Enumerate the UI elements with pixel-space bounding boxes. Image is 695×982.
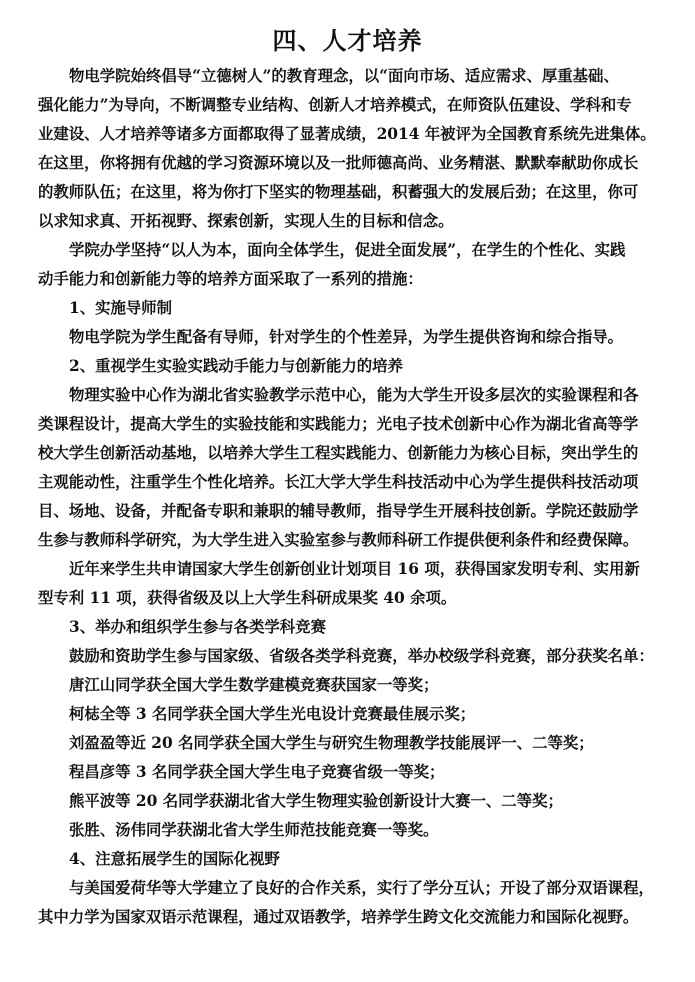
text-line: 以求知求真、开拓视野、探索创新，实现人生的目标和信念。 bbox=[38, 207, 658, 236]
text-line: 其中力学为国家双语示范课程，通过双语教学，培养学生跨文化交流能力和国际化视野。 bbox=[38, 903, 658, 932]
subsection-heading-practice-innovation: 2、重视学生实验实践动手能力与创新能力的培养 bbox=[38, 352, 658, 381]
document-body: 物电学院始终倡导“立德树人”的教育理念，以“面向市场、适应需求、厚重基础、 强化… bbox=[38, 62, 658, 932]
text-line: 与美国爱荷华等大学建立了良好的合作关系，实行了学分互认；开设了部分双语课程， bbox=[38, 874, 658, 903]
text-line: 物理实验中心作为湖北省实验教学示范中心，能为大学生开设多层次的实验课程和各 bbox=[38, 381, 658, 410]
text-line: 主观能动性，注重学生个性化培养。长江大学大学生科技活动中心为学生提供科技活动项 bbox=[38, 468, 658, 497]
text-line: 的教师队伍；在这里，将为你打下坚实的物理基础，积蓄强大的发展后劲；在这里，你可 bbox=[38, 178, 658, 207]
text-line: 物电学院为学生配备有导师，针对学生的个性差异，为学生提供咨询和综合指导。 bbox=[38, 323, 658, 352]
text-line: 校大学生创新活动基地，以培养大学生工程实践能力、创新能力为核心目标，突出学生的 bbox=[38, 439, 658, 468]
text-line: 型专利 11 项，获得省级及以上大学生科研成果奖 40 余项。 bbox=[38, 584, 658, 613]
award-list-item: 熊平波等 20 名同学获湖北省大学生物理实验创新设计大赛一、二等奖； bbox=[38, 787, 658, 816]
text-line: 鼓励和资助学生参与国家级、省级各类学科竞赛，举办校级学科竞赛，部分获奖名单： bbox=[38, 642, 658, 671]
section-title: 四、人才培养 bbox=[0, 24, 695, 58]
award-list-item: 程昌彦等 3 名同学获全国大学生电子竞赛省级一等奖； bbox=[38, 758, 658, 787]
document-page: 四、人才培养 物电学院始终倡导“立德树人”的教育理念，以“面向市场、适应需求、厚… bbox=[0, 0, 695, 982]
award-list-item: 张胜、汤伟同学获湖北省大学生师范技能竞赛一等奖。 bbox=[38, 816, 658, 845]
text-line: 类课程设计，提高大学生的实验技能和实践能力；光电子技术创新中心作为湖北省高等学 bbox=[38, 410, 658, 439]
subsection-heading-tutor-system: 1、实施导师制 bbox=[38, 294, 658, 323]
text-line: 业建设、人才培养等诸多方面都取得了显著成绩，2014 年被评为全国教育系统先进集… bbox=[38, 120, 658, 149]
text-line: 目、场地、设备，并配备专职和兼职的辅导教师，指导学生开展科技创新。学院还鼓励学 bbox=[38, 497, 658, 526]
subsection-heading-international: 4、注意拓展学生的国际化视野 bbox=[38, 845, 658, 874]
text-line: 在这里，你将拥有优越的学习资源环境以及一批师德高尚、业务精湛、默默奉献助你成长 bbox=[38, 149, 658, 178]
text-line: 学院办学坚持“以人为本，面向全体学生，促进全面发展”，在学生的个性化、实践 bbox=[38, 236, 658, 265]
text-line: 强化能力”为导向，不断调整专业结构、创新人才培养模式，在师资队伍建设、学科和专 bbox=[38, 91, 658, 120]
text-line: 近年来学生共申请国家大学生创新创业计划项目 16 项，获得国家发明专利、实用新 bbox=[38, 555, 658, 584]
subsection-heading-competitions: 3、举办和组织学生参与各类学科竞赛 bbox=[38, 613, 658, 642]
text-line: 物电学院始终倡导“立德树人”的教育理念，以“面向市场、适应需求、厚重基础、 bbox=[38, 62, 658, 91]
text-line: 动手能力和创新能力等的培养方面采取了一系列的措施： bbox=[38, 265, 658, 294]
award-list-item: 柯梽全等 3 名同学获全国大学生光电设计竞赛最佳展示奖； bbox=[38, 700, 658, 729]
award-list-item: 唐江山同学获全国大学生数学建模竞赛获国家一等奖； bbox=[38, 671, 658, 700]
text-line: 生参与教师科学研究，为大学生进入实验室参与教师科研工作提供便利条件和经费保障。 bbox=[38, 526, 658, 555]
award-list-item: 刘盈盈等近 20 名同学获全国大学生与研究生物理教学技能展评一、二等奖； bbox=[38, 729, 658, 758]
